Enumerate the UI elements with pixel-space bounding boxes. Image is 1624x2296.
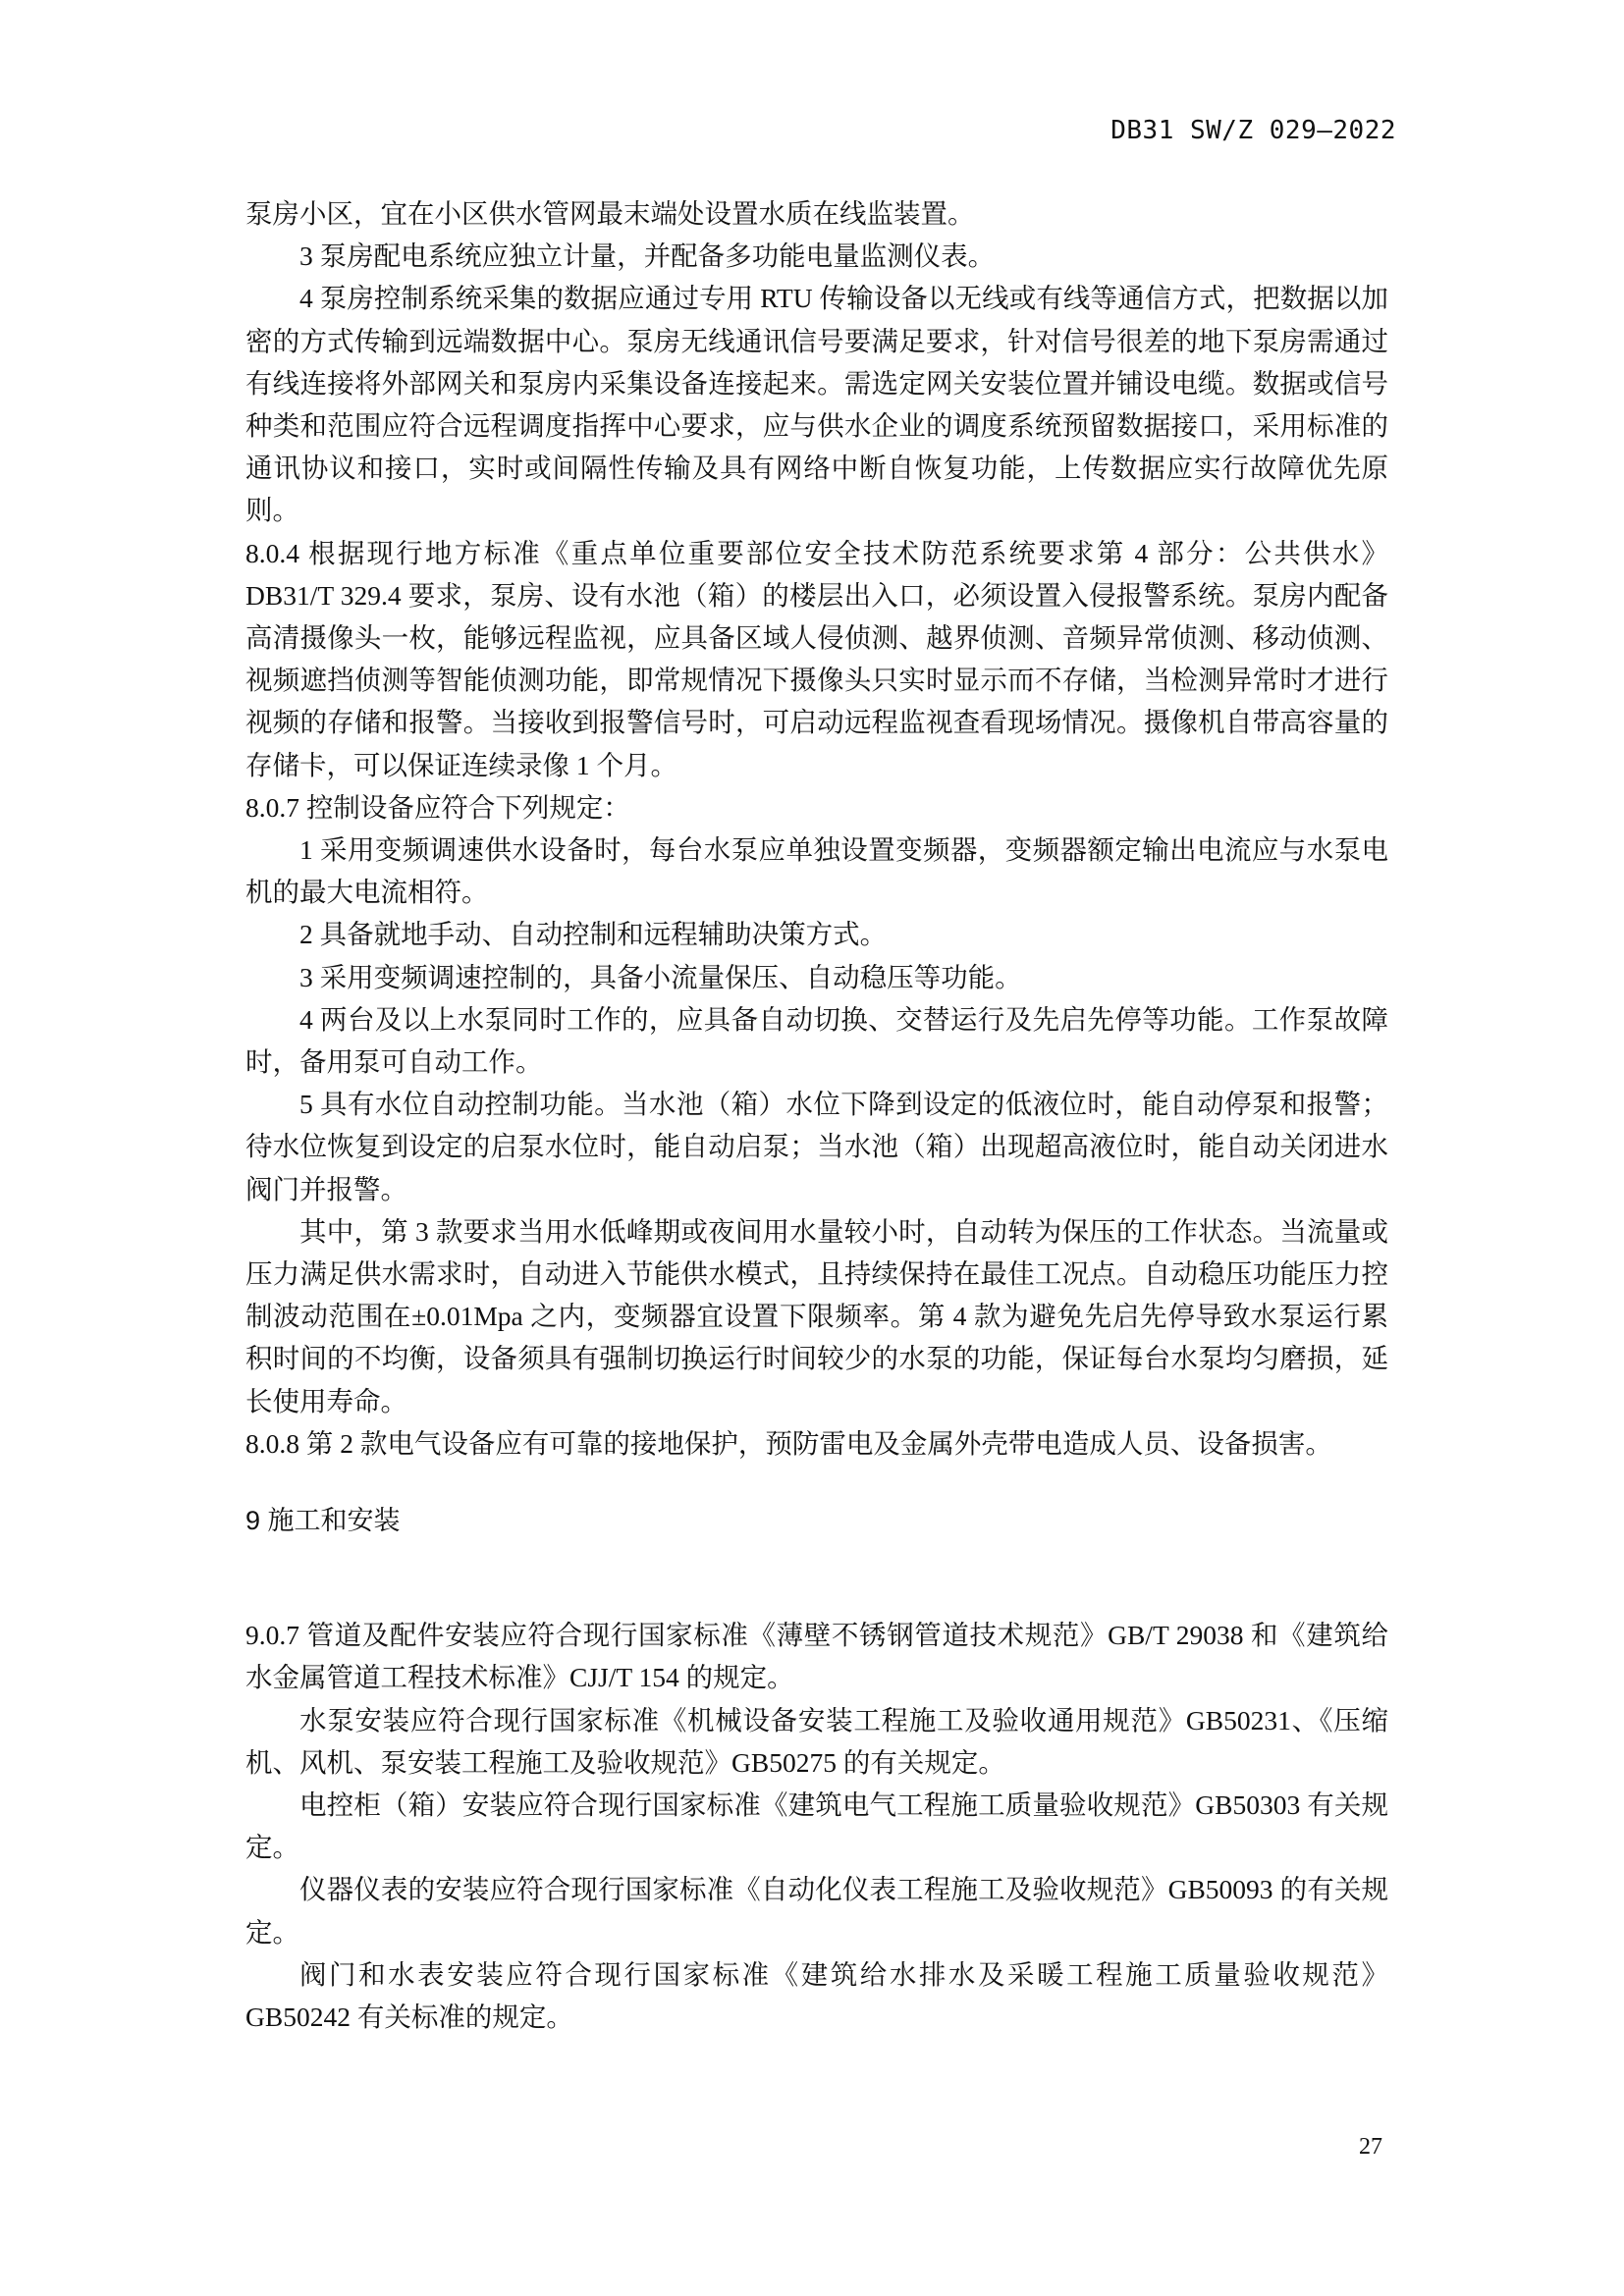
page-number: 27 [1359, 2134, 1382, 2161]
clause-8-0-4: 8.0.4 根据现行地方标准《重点单位重要部位安全技术防范系统要求第 4 部分：… [245, 532, 1388, 786]
document-page: DB31 SW/Z 029—2022 泵房小区，宜在小区供水管网最末端处设置水质… [0, 0, 1624, 2296]
clause-8-0-7-item-4: 4 两台及以上水泵同时工作的，应具备自动切换、交替运行及先启先停等功能。工作泵故… [245, 998, 1388, 1083]
clause-item-3-power: 3 泵房配电系统应独立计量，并配备多功能电量监测仪表。 [245, 235, 1388, 277]
document-code-header: DB31 SW/Z 029—2022 [1110, 116, 1396, 145]
clause-9-0-7-pump-installation: 水泵安装应符合现行国家标准《机械设备安装工程施工及验收通用规范》GB50231、… [245, 1699, 1388, 1784]
clause-8-0-7-item-2: 2 具备就地手动、自动控制和远程辅助决策方式。 [245, 913, 1388, 955]
clause-8-0-7-item-1: 1 采用变频调速供水设备时，每台水泵应单独设置变频器，变频器额定输出电流应与水泵… [245, 828, 1388, 913]
clause-8-0-8: 8.0.8 第 2 款电气设备应有可靠的接地保护，预防雷电及金属外壳带电造成人员… [245, 1422, 1388, 1465]
clause-9-0-7-control-cabinet: 电控柜（箱）安装应符合现行国家标准《建筑电气工程施工质量验收规范》GB50303… [245, 1784, 1388, 1868]
clause-9-0-7-instruments: 仪器仪表的安装应符合现行国家标准《自动化仪表工程施工及验收规范》GB50093 … [245, 1868, 1388, 1952]
paragraph-continuation: 泵房小区，宜在小区供水管网最末端处设置水质在线监装置。 [245, 192, 1388, 235]
clause-8-0-7-explanation: 其中，第 3 款要求当用水低峰期或夜间用水量较小时，自动转为保压的工作状态。当流… [245, 1210, 1388, 1422]
clause-8-0-7-title: 8.0.7 控制设备应符合下列规定： [245, 786, 1388, 828]
clause-9-0-7-valves-meters: 阀门和水表安装应符合现行国家标准《建筑给水排水及采暖工程施工质量验收规范》GB5… [245, 1953, 1388, 2038]
clause-8-0-7-item-5: 5 具有水位自动控制功能。当水池（箱）水位下降到设定的低液位时，能自动停泵和报警… [245, 1083, 1388, 1210]
clause-8-0-7-item-3: 3 采用变频调速控制的，具备小流量保压、自动稳压等功能。 [245, 956, 1388, 998]
section-heading-9: 9 施工和安装 [245, 1501, 1388, 1540]
clause-item-4-data-transmission: 4 泵房控制系统采集的数据应通过专用 RTU 传输设备以无线或有线等通信方式，把… [245, 277, 1388, 531]
document-body: 泵房小区，宜在小区供水管网最末端处设置水质在线监装置。 3 泵房配电系统应独立计… [245, 192, 1388, 2038]
clause-9-0-7: 9.0.7 管道及配件安装应符合现行国家标准《薄壁不锈钢管道技术规范》GB/T … [245, 1614, 1388, 1698]
